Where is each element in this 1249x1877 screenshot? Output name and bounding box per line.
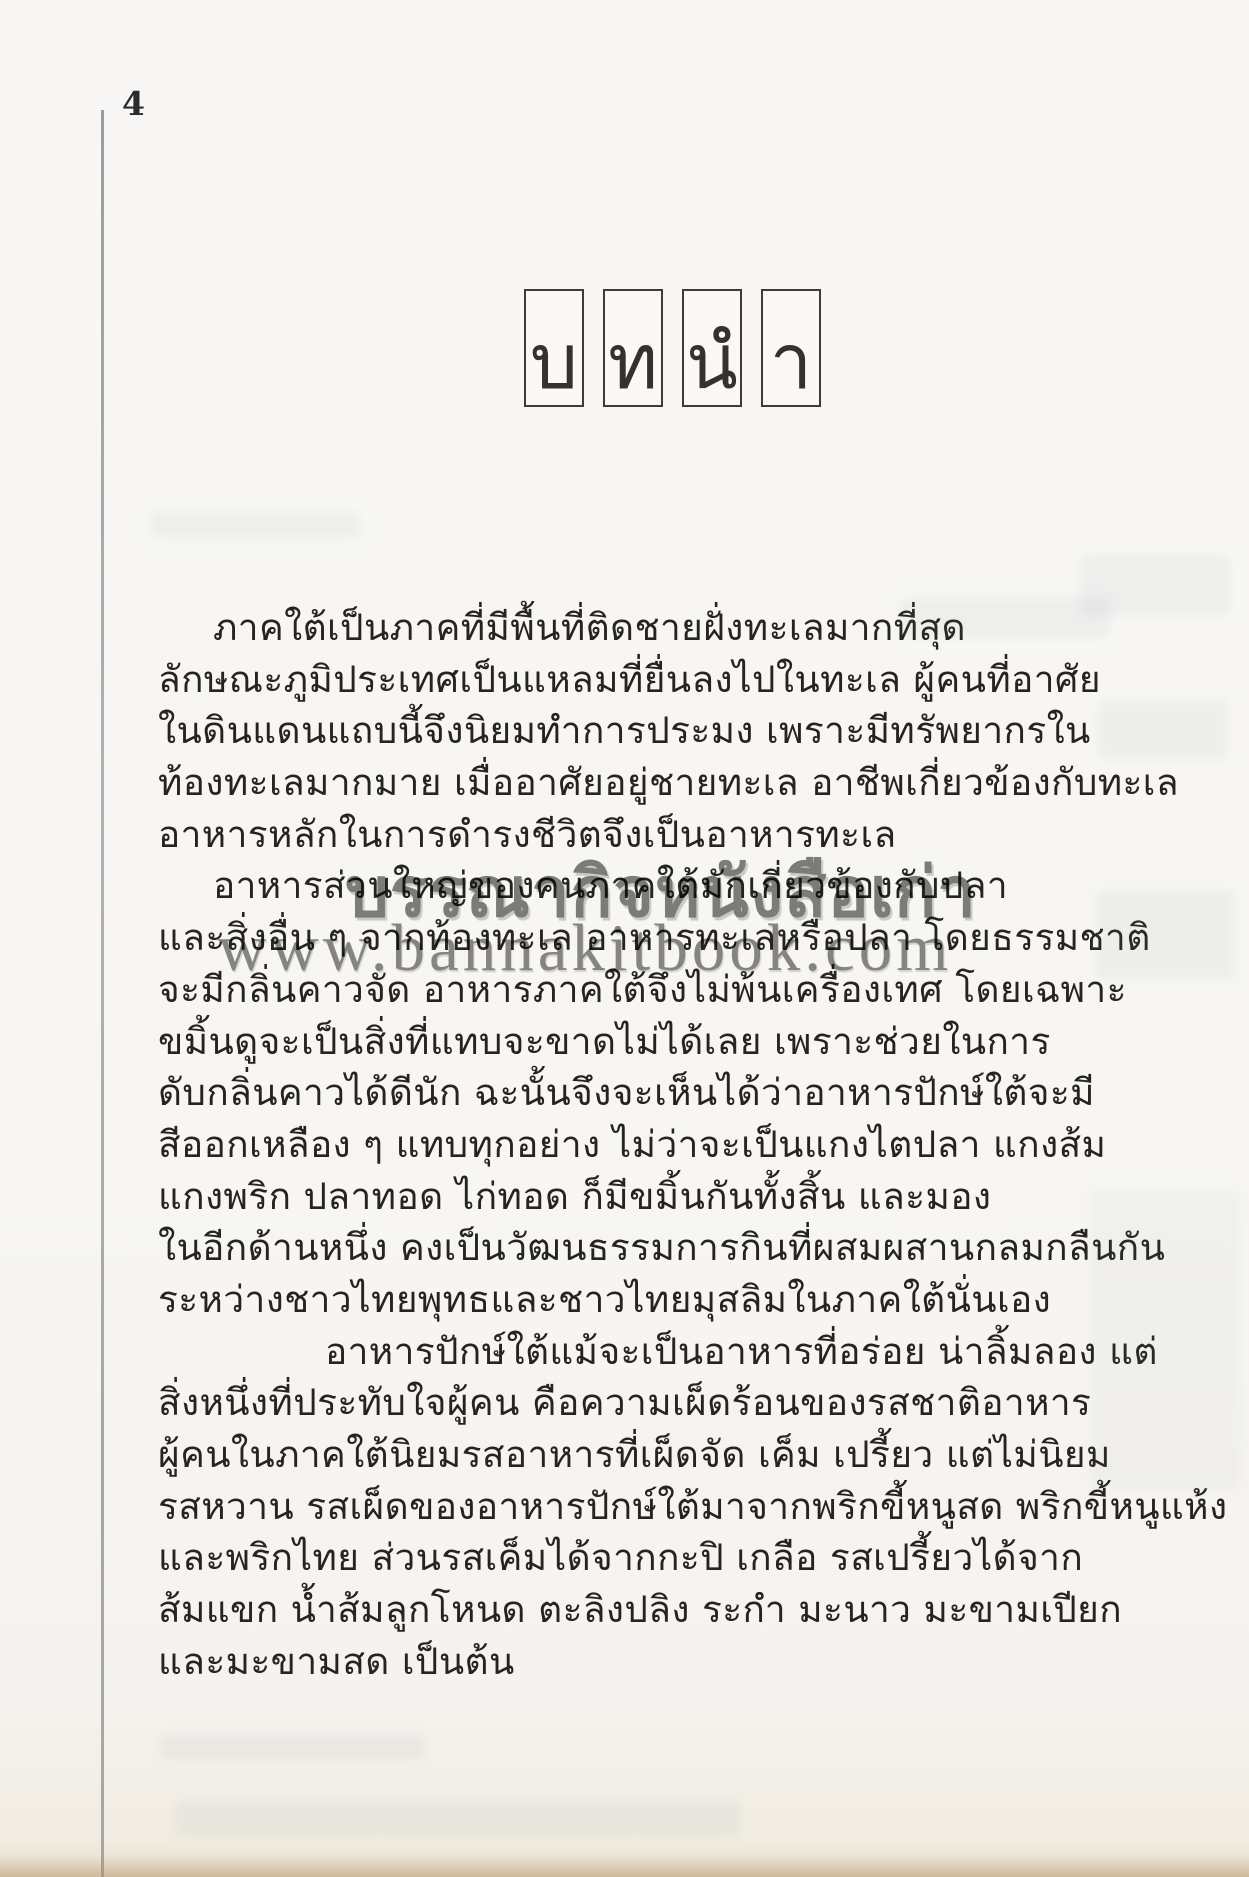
photo-bottom-shadow: [0, 1855, 1249, 1877]
scanned-book-page: 4 บ ท นํ า ภาคใต้เป็นภาคที่มีพื้นที่ติดช…: [0, 0, 1249, 1877]
title-letter-box: นํ: [682, 289, 742, 407]
page-number: 4: [122, 84, 145, 123]
text-line: อาหารปักษ์ใต้แม้จะเป็นอาหารที่อร่อย น่าล…: [158, 1326, 1227, 1378]
text-line: สีออกเหลือง ๆ แทบทุกอย่าง ไม่ว่าจะเป็นแก…: [158, 1119, 1227, 1171]
text-line: ดับกลิ่นคาวได้ดีนัก ฉะนั้นจึงจะเห็นได้ว่…: [158, 1067, 1227, 1119]
bleed-through-artifact: [1090, 1190, 1240, 1490]
bleed-through-artifact: [1098, 700, 1228, 760]
text-line: ในดินแดนแถบนี้จึงนิยมทำการประมง เพราะมีท…: [158, 705, 1227, 757]
bleed-through-artifact: [175, 1802, 740, 1836]
text-line: และมะขามสด เป็นต้น: [158, 1636, 1227, 1688]
title-letter: ท: [608, 324, 658, 400]
text-line: ลักษณะภูมิประเทศเป็นแหลมที่ยื่นลงไปในทะเ…: [158, 654, 1227, 706]
bleed-through-artifact: [160, 1735, 425, 1759]
text-line: ผู้คนในภาคใต้นิยมรสอาหารที่เผ็ดจัด เค็ม …: [158, 1429, 1227, 1481]
text-line: ในอีกด้านหนึ่ง คงเป็นวัฒนธรรมการกินที่ผส…: [158, 1222, 1227, 1274]
text-line: อาหารส่วนใหญ่ของคนภาคใต้มักเกี่ยวข้องกับ…: [158, 860, 1227, 912]
text-line: สิ่งหนึ่งที่ประทับใจผู้คน คือความเผ็ดร้อ…: [158, 1377, 1227, 1429]
text-line: ขมิ้นดูจะเป็นสิ่งที่แทบจะขาดไม่ได้เลย เพ…: [158, 1016, 1227, 1068]
text-line: จะมีกลิ่นคาวจัด อาหารภาคใต้จึงไม่พ้นเครื…: [158, 964, 1227, 1016]
text-line: และสิ่งอื่น ๆ จากท้องทะเล อาหารทะเลหรือป…: [158, 912, 1227, 964]
bleed-through-artifact: [1080, 555, 1230, 615]
title-letter: นํ: [686, 324, 738, 400]
text-line: ส้มแขก น้ำส้มลูกโหนด ตะลิงปลิง ระกำ มะนา…: [158, 1584, 1227, 1636]
title-letter: บ: [530, 324, 578, 400]
bleed-through-artifact: [1095, 890, 1235, 980]
title-letter-box: า: [761, 289, 821, 407]
title-letter: า: [770, 324, 813, 400]
bleed-through-artifact: [150, 512, 360, 538]
title-letter-box: ท: [603, 289, 663, 407]
left-margin-rule: [101, 110, 104, 1877]
text-line: อาหารหลักในการดำรงชีวิตจึงเป็นอาหารทะเล: [158, 809, 1227, 861]
text-line: ท้องทะเลมากมาย เมื่ออาศัยอยู่ชายทะเล อาช…: [158, 757, 1227, 809]
text-line: ระหว่างชาวไทยพุทธและชาวไทยมุสลิมในภาคใต้…: [158, 1274, 1227, 1326]
text-line: รสหวาน รสเผ็ดของอาหารปักษ์ใต้มาจากพริกขี…: [158, 1481, 1227, 1533]
chapter-title: บ ท นํ า: [524, 289, 821, 407]
body-text: ภาคใต้เป็นภาคที่มีพื้นที่ติดชายฝั่งทะเลม…: [158, 602, 1227, 1687]
bleed-through-artifact: [900, 598, 1110, 638]
text-line: แกงพริก ปลาทอด ไก่ทอด ก็มีขมิ้นกันทั้งสิ…: [158, 1171, 1227, 1223]
text-line: และพริกไทย ส่วนรสเค็มได้จากกะปิ เกลือ รส…: [158, 1532, 1227, 1584]
title-letter-box: บ: [524, 289, 584, 407]
